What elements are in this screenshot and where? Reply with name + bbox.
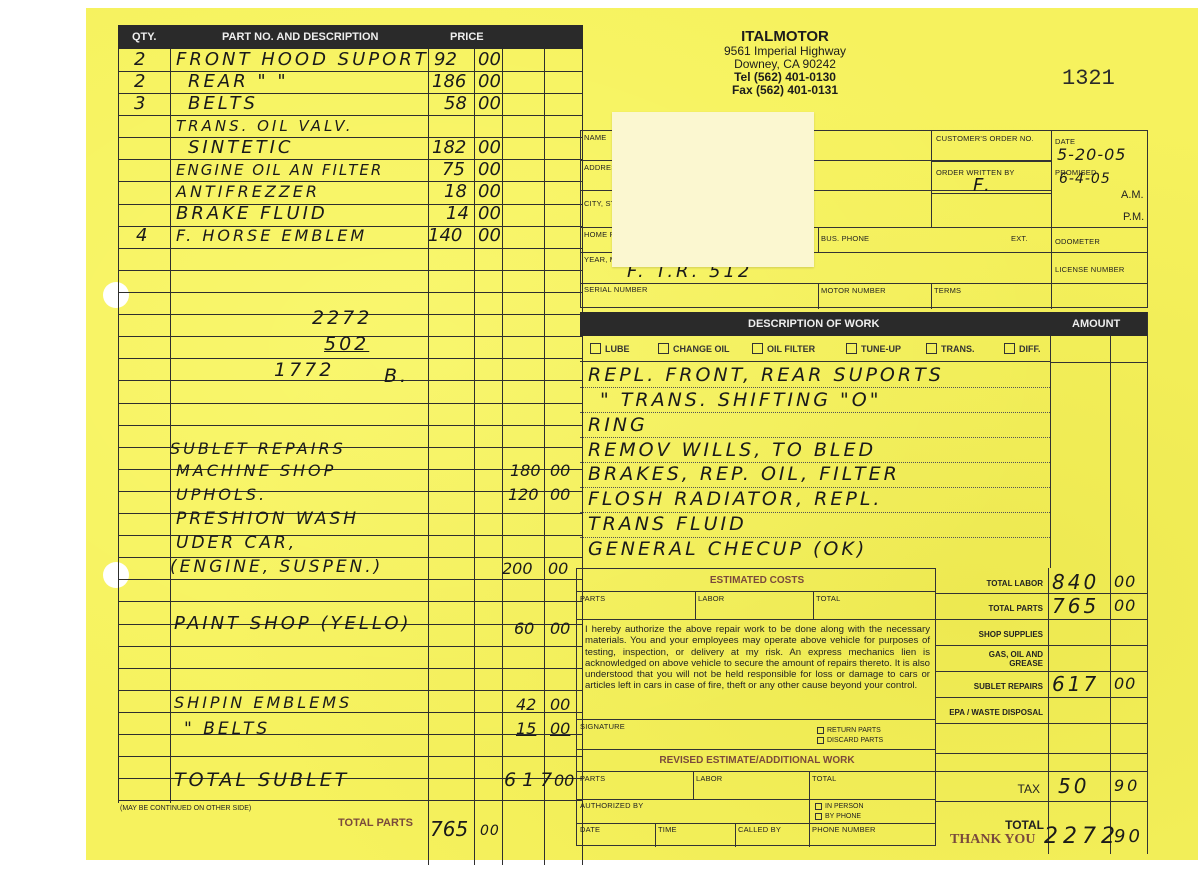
price-dollars-cell: 75 xyxy=(442,159,465,181)
work-line: REMOV WILLS, TO BLED xyxy=(588,439,876,461)
lube-checkbox[interactable]: LUBE xyxy=(590,343,630,354)
work-header-label: DESCRIPTION OF WORK xyxy=(748,318,879,330)
sublet-dollars: 60 xyxy=(514,619,534,638)
shop-name: ITALMOTOR xyxy=(700,28,870,45)
price-cents-cell: 00 xyxy=(478,159,501,181)
description-header: PART NO. AND DESCRIPTION xyxy=(222,31,378,43)
sublet-cents: 00 xyxy=(550,719,570,738)
sublet-repairs-row: SUBLET REPAIRS 617 00 xyxy=(936,672,1148,698)
date-value: 5-20-05 xyxy=(1057,145,1126,164)
terms-label: TERMS xyxy=(934,286,961,295)
price-dollars-cell: 14 xyxy=(446,203,469,225)
odometer-label: ODOMETER xyxy=(1055,237,1100,246)
work-line: " TRANS. SHIFTING "O" xyxy=(600,389,881,411)
total-sublet-cents: 00 xyxy=(554,771,574,790)
table-row: 4 F. HORSE EMBLEM 140 00 xyxy=(118,225,583,247)
signature-label: SIGNATURE xyxy=(580,722,625,731)
table-row: 3 BELTS 58 00 xyxy=(118,93,583,115)
gas-oil-grease-row: GAS, OIL AND GREASE xyxy=(936,646,1148,672)
work-line: RING xyxy=(588,414,648,436)
parts-table: QTY. PART NO. AND DESCRIPTION PRICE 2 FR… xyxy=(118,25,583,845)
row-divider xyxy=(118,579,583,580)
grand-total-dollars: 2272 xyxy=(1044,824,1120,849)
revised-total-label: TOTAL xyxy=(812,774,836,783)
checkbox-icon xyxy=(815,813,822,820)
checkbox-icon xyxy=(817,727,824,734)
am-label: A.M. xyxy=(1121,189,1144,201)
row-divider xyxy=(118,756,583,757)
work-description-lines: REPL. FRONT, REAR SUPORTS " TRANS. SHIFT… xyxy=(580,362,1050,568)
work-line: GENERAL CHECUP (OK) xyxy=(588,538,867,560)
work-line: FLOSH RADIATOR, REPL. xyxy=(588,488,882,510)
calc-mark: B. xyxy=(384,365,409,387)
row-divider xyxy=(118,425,583,426)
parts-table-header: QTY. PART NO. AND DESCRIPTION PRICE xyxy=(118,25,583,49)
called-by-label: CALLED BY xyxy=(738,825,781,834)
estimated-costs-title: ESTIMATED COSTS xyxy=(577,575,937,586)
price-header: PRICE xyxy=(450,31,484,43)
revised-labor-label: LABOR xyxy=(696,774,722,783)
sublet-description: PRESHION WASH xyxy=(176,509,359,529)
license-label: LICENSE NUMBER xyxy=(1055,265,1124,274)
sublet-description: " BELTS xyxy=(184,719,270,739)
total-parts-row: TOTAL PARTS 765 00 xyxy=(936,594,1148,620)
promised-value: 6-4-05 xyxy=(1059,171,1111,187)
description-cell: ENGINE OIL AN FILTER xyxy=(176,159,383,181)
table-row: 2 REAR " " 186 00 xyxy=(118,71,583,93)
tax-row: TAX 50 90 xyxy=(936,772,1148,802)
service-checkboxes: LUBE CHANGE OIL OIL FILTER TUNE-UP TRANS… xyxy=(580,336,1050,362)
qty-cell: 2 xyxy=(134,49,148,71)
qty-header: QTY. xyxy=(132,31,156,43)
row-divider xyxy=(118,690,583,691)
table-row: SINTETIC 182 00 xyxy=(118,137,583,159)
total-parts-dollars: 765 xyxy=(430,817,468,841)
grand-total-row: TOTAL THANK YOU 2272 90 xyxy=(936,802,1148,854)
checkbox-icon xyxy=(752,343,763,354)
total-parts-label: TOTAL PARTS xyxy=(338,817,413,829)
order-written-by-value: F. xyxy=(973,175,993,196)
est-parts-label: PARTS xyxy=(580,594,605,603)
revised-parts-label: PARTS xyxy=(580,774,605,783)
checkbox-icon xyxy=(815,803,822,810)
calc-note: 502 xyxy=(324,333,369,355)
description-cell: ANTIFREZZER xyxy=(176,181,320,203)
discard-parts-checkbox[interactable]: DISCARD PARTS xyxy=(817,737,883,744)
phone-number-label: PHONE NUMBER xyxy=(812,825,876,834)
total-labor-row: TOTAL LABOR 840 00 xyxy=(936,568,1148,594)
price-dollars-cell: 18 xyxy=(444,181,467,203)
price-dollars-cell: 186 xyxy=(432,71,466,93)
description-cell: BRAKE FLUID xyxy=(176,203,328,225)
name-label: NAME xyxy=(584,133,606,142)
home-phone-label: HOME P xyxy=(584,230,615,239)
shop-supplies-row: SHOP SUPPLIES xyxy=(936,620,1148,646)
qty-cell: 4 xyxy=(136,225,150,247)
customer-order-label: CUSTOMER'S ORDER NO. xyxy=(936,134,1034,143)
revised-date-label: DATE xyxy=(580,825,600,834)
sublet-description: PAINT SHOP (YELLO) xyxy=(174,613,412,634)
description-cell: BELTS xyxy=(188,93,258,115)
sublet-cents: 00 xyxy=(550,619,570,638)
calc-note: 1772 xyxy=(274,359,334,381)
sublet-heading: SUBLET REPAIRS xyxy=(170,439,346,458)
est-labor-label: LABOR xyxy=(698,594,724,603)
description-cell: REAR " " xyxy=(188,71,289,93)
description-cell: SINTETIC xyxy=(188,137,293,159)
ext-label: EXT. xyxy=(1011,234,1028,243)
checkbox-icon xyxy=(817,737,824,744)
amount-header-label: AMOUNT xyxy=(1072,318,1120,330)
checkbox-icon xyxy=(846,343,857,354)
row-divider xyxy=(118,270,583,271)
est-total-label: TOTAL xyxy=(816,594,840,603)
in-person-checkbox[interactable]: IN PERSON xyxy=(815,803,864,810)
price-cents-cell: 00 xyxy=(478,49,501,71)
by-phone-checkbox[interactable]: BY PHONE xyxy=(815,813,861,820)
sublet-dollars: 120 xyxy=(508,485,539,504)
authorization-text: I hereby authorize the above repair work… xyxy=(585,624,930,692)
description-cell: TRANS. OIL VALV. xyxy=(176,115,354,137)
sublet-dollars: 200 xyxy=(502,559,533,578)
tune-up-checkbox[interactable]: TUNE-UP xyxy=(846,343,901,354)
calc-note: 2272 xyxy=(312,307,372,329)
sublet-dollars: 180 xyxy=(510,461,541,480)
table-row: BRAKE FLUID 14 00 xyxy=(118,203,583,225)
sublet-dollars: 15 xyxy=(516,719,536,738)
table-row: TRANS. OIL VALV. xyxy=(118,115,583,137)
sublet-description: UDER CAR, xyxy=(176,533,297,553)
sublet-description: UPHOLS. xyxy=(176,485,267,504)
row-divider xyxy=(118,248,583,249)
row-divider xyxy=(118,380,583,381)
price-cents-cell: 00 xyxy=(478,93,501,115)
work-line: REPL. FRONT, REAR SUPORTS xyxy=(588,364,944,386)
table-row: ANTIFREZZER 18 00 xyxy=(118,181,583,203)
qty-cell: 3 xyxy=(134,93,148,115)
shop-fax: Fax (562) 401-0131 xyxy=(700,84,870,97)
totals-block: TOTAL LABOR 840 00 TOTAL PARTS 765 00 SH… xyxy=(936,568,1148,858)
diff-checkbox[interactable]: DIFF. xyxy=(1004,343,1041,354)
oil-filter-checkbox[interactable]: OIL FILTER xyxy=(752,343,815,354)
estimate-block: ESTIMATED COSTS PARTS LABOR TOTAL I here… xyxy=(576,568,936,846)
revised-time-label: TIME xyxy=(658,825,677,834)
sublet-dollars: 42 xyxy=(516,695,536,714)
authorized-by-label: AUTHORIZED BY xyxy=(580,801,643,810)
sublet-description: (ENGINE, SUSPEN.) xyxy=(170,557,383,577)
row-divider xyxy=(118,292,583,293)
work-line: BRAKES, REP. OIL, FILTER xyxy=(588,463,900,485)
total-parts-cents: 00 xyxy=(480,823,500,839)
description-cell: FRONT HOOD SUPORT xyxy=(176,49,429,71)
checkbox-icon xyxy=(926,343,937,354)
sublet-description: SHIPIN EMBLEMS xyxy=(174,693,352,712)
row-divider xyxy=(118,668,583,669)
motor-label: MOTOR NUMBER xyxy=(821,286,886,295)
pm-label: P.M. xyxy=(1123,211,1144,223)
price-cents-cell: 00 xyxy=(478,181,501,203)
description-cell: F. HORSE EMBLEM xyxy=(176,225,367,247)
shop-header: ITALMOTOR 9561 Imperial Highway Downey, … xyxy=(700,28,870,97)
checkbox-icon xyxy=(1004,343,1015,354)
grand-total-cents: 90 xyxy=(1114,826,1143,847)
price-dollars-cell: 58 xyxy=(444,93,467,115)
row-divider xyxy=(118,601,583,602)
bus-phone-label: BUS. PHONE xyxy=(821,234,869,243)
revised-estimate-title: REVISED ESTIMATE/ADDITIONAL WORK xyxy=(577,755,937,766)
total-sublet-dollars: 617 xyxy=(504,769,558,791)
price-cents-cell: 00 xyxy=(478,225,501,247)
trans-checkbox[interactable]: TRANS. xyxy=(926,343,975,354)
sublet-description: MACHINE SHOP xyxy=(176,461,336,480)
sublet-cents: 00 xyxy=(550,695,570,714)
row-divider xyxy=(118,403,583,404)
row-divider xyxy=(118,646,583,647)
continued-note: (MAY BE CONTINUED ON OTHER SIDE) xyxy=(120,805,251,812)
price-dollars-cell: 182 xyxy=(432,137,466,159)
price-cents-cell: 00 xyxy=(478,203,501,225)
table-row: 2 FRONT HOOD SUPORT 92 00 xyxy=(118,49,583,71)
total-sublet-label: TOTAL SUBLET xyxy=(174,769,349,791)
price-cents-cell: 00 xyxy=(478,71,501,93)
row-divider xyxy=(118,800,583,801)
parts-footer: (MAY BE CONTINUED ON OTHER SIDE) TOTAL P… xyxy=(118,803,583,865)
price-dollars-cell: 140 xyxy=(428,225,462,247)
price-cents-cell: 00 xyxy=(478,137,501,159)
invoice-number: 1321 xyxy=(1062,66,1115,91)
work-line: TRANS FLUID xyxy=(588,513,747,535)
row-divider xyxy=(118,712,583,713)
serial-label: SERIAL NUMBER xyxy=(584,285,648,294)
sublet-cents: 00 xyxy=(548,559,568,578)
thank-you-text: THANK YOU xyxy=(950,832,1035,848)
epa-waste-row: EPA / WASTE DISPOSAL xyxy=(936,698,1148,724)
return-parts-checkbox[interactable]: RETURN PARTS xyxy=(817,727,881,734)
checkbox-icon xyxy=(658,343,669,354)
table-row: ENGINE OIL AN FILTER 75 00 xyxy=(118,159,583,181)
work-header: DESCRIPTION OF WORK AMOUNT xyxy=(580,312,1148,336)
price-dollars-cell: 92 xyxy=(434,49,457,71)
row-divider xyxy=(118,358,583,359)
sticky-note-redaction xyxy=(612,112,814,267)
qty-cell: 2 xyxy=(134,71,148,93)
sublet-cents: 00 xyxy=(550,485,570,504)
sublet-cents: 00 xyxy=(550,461,570,480)
checkbox-icon xyxy=(590,343,601,354)
change-oil-checkbox[interactable]: CHANGE OIL xyxy=(658,343,730,354)
